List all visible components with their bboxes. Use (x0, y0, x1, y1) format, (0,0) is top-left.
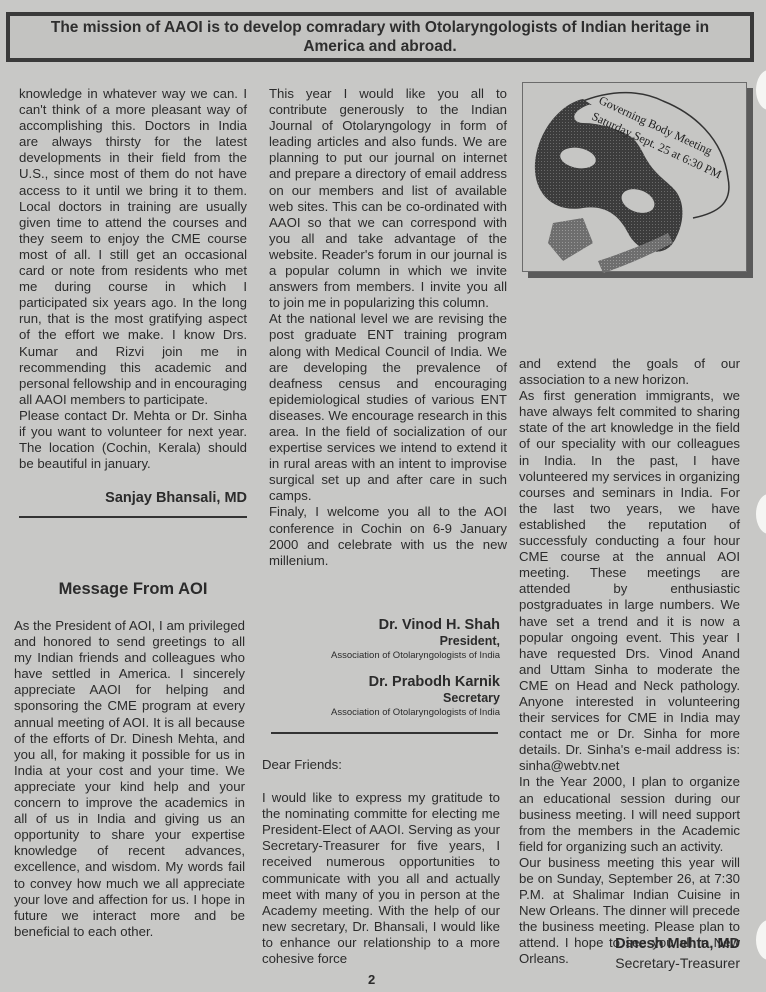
mission-text: The mission of AAOI is to develop comrad… (30, 18, 730, 56)
paragraph: knowledge in whatever way we can. I can'… (19, 86, 247, 408)
signature-name: Dr. Vinod H. Shah (260, 616, 500, 634)
punch-hole (756, 70, 766, 110)
letter-part-1: Dear Friends: I would like to express my… (262, 757, 500, 967)
signature-bhansali: Sanjay Bhansali, MD (19, 490, 247, 506)
signature-role: Secretary (260, 691, 500, 706)
signature-name: Dr. Prabodh Karnik (260, 673, 500, 691)
signature-org: Association of Otolaryngologists of Indi… (260, 649, 500, 663)
divider (19, 516, 247, 518)
column-1-article: knowledge in whatever way we can. I can'… (19, 86, 247, 518)
signature-role: Secretary-Treasurer (560, 954, 740, 972)
newsletter-page: The mission of AAOI is to develop comrad… (0, 0, 766, 992)
paragraph: This year I would like you all to contri… (269, 86, 507, 311)
signature-mehta: Dinesh Mehta, MD Secretary-Treasurer (560, 934, 740, 972)
paragraph: As first generation immigrants, we have … (519, 388, 740, 774)
signature-role: President, (260, 634, 500, 649)
divider (271, 732, 498, 734)
column-2-article: This year I would like you all to contri… (269, 86, 507, 569)
aoi-signatures: Dr. Vinod H. Shah President, Association… (260, 616, 500, 720)
paragraph: As the President of AOI, I am privileged… (14, 618, 245, 940)
mask-icon: Governing Body Meeting Saturday Sept. 25… (523, 83, 748, 273)
paragraph: I would like to express my gratitude to … (262, 790, 500, 967)
meeting-announcement-graphic: Governing Body Meeting Saturday Sept. 25… (522, 82, 747, 272)
letter-greeting: Dear Friends: (262, 757, 500, 773)
page-number: 2 (368, 972, 375, 987)
letter-part-2: and extend the goals of our association … (519, 356, 740, 968)
signature-org: Association of Otolaryngologists of Indi… (260, 706, 500, 720)
signature-name: Dinesh Mehta, MD (560, 934, 740, 954)
punch-hole (756, 920, 766, 960)
section-title-aoi: Message From AOI (19, 580, 247, 599)
paragraph: Finaly, I welcome you all to the AOI con… (269, 504, 507, 568)
mission-banner: The mission of AAOI is to develop comrad… (6, 12, 754, 62)
paragraph: Please contact Dr. Mehta or Dr. Sinha if… (19, 408, 247, 472)
paragraph: At the national level we are revising th… (269, 311, 507, 504)
paragraph: In the Year 2000, I plan to organize an … (519, 774, 740, 854)
punch-hole (756, 494, 766, 534)
paragraph: and extend the goals of our association … (519, 356, 740, 388)
aoi-message-body: As the President of AOI, I am privileged… (14, 618, 245, 940)
